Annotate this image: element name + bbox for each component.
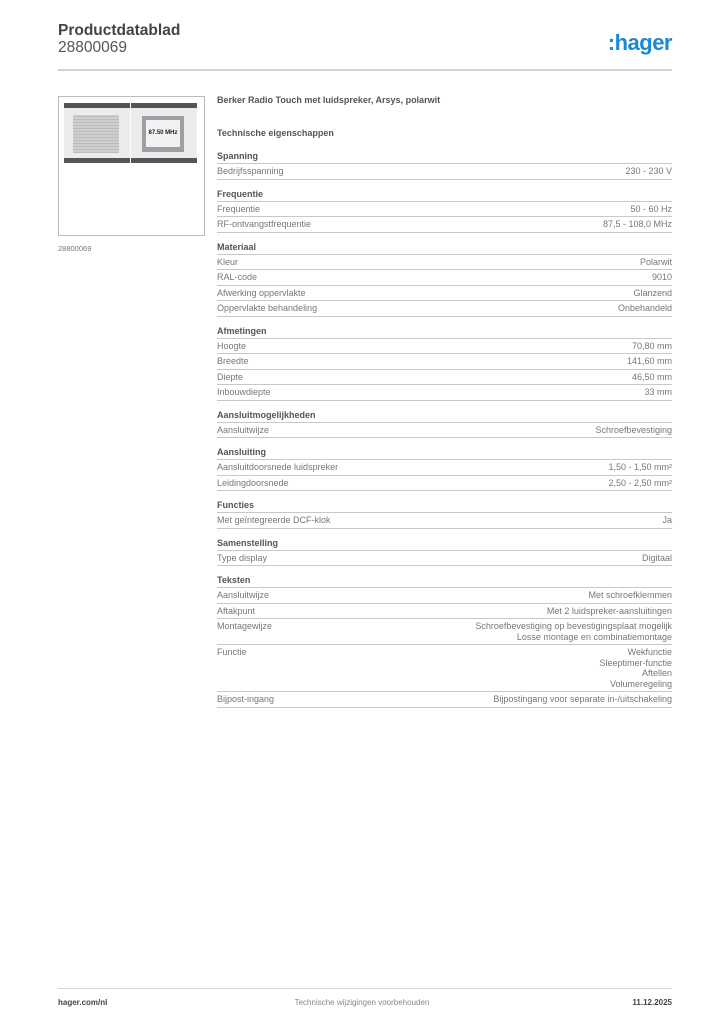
spec-value: Polarwit xyxy=(640,257,672,268)
spec-value: WekfunctieSleeptimer-functieAftellenVolu… xyxy=(599,647,672,689)
section-title: Technische eigenschappen xyxy=(217,128,672,138)
spec-value-line: Ja xyxy=(662,515,672,526)
spec-row: KleurPolarwit xyxy=(217,255,672,271)
spec-row: MontagewijzeSchroefbevestiging op bevest… xyxy=(217,619,672,645)
spec-value: Met schroefklemmen xyxy=(588,590,672,601)
speaker-module xyxy=(64,103,130,163)
display-bezel: 87.50 MHz xyxy=(142,116,184,152)
spec-row: RF-ontvangstfrequentie87,5 - 108,0 MHz xyxy=(217,217,672,233)
spec-row: Afwerking oppervlakteGlanzend xyxy=(217,286,672,302)
spec-row: AftakpuntMet 2 luidspreker-aansluitingen xyxy=(217,604,672,620)
spec-value-line: Schroefbevestiging xyxy=(595,425,672,436)
spec-value-line: Wekfunctie xyxy=(599,647,672,658)
spec-value-line: 33 mm xyxy=(644,387,672,398)
group-title: Aansluitmogelijkheden xyxy=(217,410,672,423)
spec-label: RAL-code xyxy=(217,272,257,283)
hager-logo: :hager xyxy=(608,30,672,56)
spec-row: Frequentie50 - 60 Hz xyxy=(217,202,672,218)
spec-row: Met geïntegreerde DCF-klokJa xyxy=(217,513,672,529)
spec-label: Type display xyxy=(217,553,267,564)
spec-value: 1,50 - 1,50 mm² xyxy=(608,462,672,473)
spec-label: Oppervlakte behandeling xyxy=(217,303,317,314)
spec-value-line: Digitaal xyxy=(642,553,672,564)
spec-groups: SpanningBedrijfsspanning230 - 230 VFrequ… xyxy=(217,151,672,708)
spec-row: Bijpost-ingangBijpostingang voor separat… xyxy=(217,692,672,708)
radio-module: 87.50 MHz xyxy=(131,103,197,163)
header-divider xyxy=(58,69,672,71)
spec-value-line: 1,50 - 1,50 mm² xyxy=(608,462,672,473)
speaker-grille-icon xyxy=(73,115,119,153)
spec-row: Inbouwdiepte33 mm xyxy=(217,385,672,401)
spec-value-line: Losse montage en combinatiemontage xyxy=(475,632,672,643)
spec-label: Leidingdoorsnede xyxy=(217,478,289,489)
spec-group: TekstenAansluitwijzeMet schroefklemmenAf… xyxy=(217,575,672,708)
spec-value-line: 46,50 mm xyxy=(632,372,672,383)
spec-row: Aansluitdoorsnede luidspreker1,50 - 1,50… xyxy=(217,460,672,476)
spec-value-line: 9010 xyxy=(652,272,672,283)
spec-value: 141,60 mm xyxy=(627,356,672,367)
spec-label: Bijpost-ingang xyxy=(217,694,274,705)
spec-value: Schroefbevestiging xyxy=(595,425,672,436)
spec-value-line: Sleeptimer-functie xyxy=(599,658,672,669)
spec-value: 46,50 mm xyxy=(632,372,672,383)
spec-group: AansluitmogelijkhedenAansluitwijzeSchroe… xyxy=(217,410,672,439)
spec-label: Breedte xyxy=(217,356,249,367)
spec-value-line: Met 2 luidspreker-aansluitingen xyxy=(547,606,672,617)
spec-value-line: 230 - 230 V xyxy=(625,166,672,177)
spec-label: Diepte xyxy=(217,372,243,383)
spec-row: Type displayDigitaal xyxy=(217,551,672,567)
footer-divider xyxy=(58,988,672,989)
spec-row: Oppervlakte behandelingOnbehandeld xyxy=(217,301,672,317)
spec-label: Montagewijze xyxy=(217,621,272,642)
spec-label: Afwerking oppervlakte xyxy=(217,288,306,299)
spec-value: Schroefbevestiging op bevestigingsplaat … xyxy=(475,621,672,642)
image-caption: 28800069 xyxy=(58,244,91,253)
document-title: Productdatablad xyxy=(58,22,180,40)
spec-value-line: 2,50 - 2,50 mm² xyxy=(608,478,672,489)
spec-group: AansluitingAansluitdoorsnede luidspreker… xyxy=(217,447,672,491)
spec-value-line: 70,80 mm xyxy=(632,341,672,352)
spec-group: SpanningBedrijfsspanning230 - 230 V xyxy=(217,151,672,180)
spec-label: Met geïntegreerde DCF-klok xyxy=(217,515,331,526)
group-title: Samenstelling xyxy=(217,538,672,551)
spec-label: Bedrijfsspanning xyxy=(217,166,284,177)
spec-value-line: Schroefbevestiging op bevestigingsplaat … xyxy=(475,621,672,632)
spec-row: Breedte141,60 mm xyxy=(217,354,672,370)
spec-group: AfmetingenHoogte70,80 mmBreedte141,60 mm… xyxy=(217,326,672,401)
spec-value: 230 - 230 V xyxy=(625,166,672,177)
spec-group: MateriaalKleurPolarwitRAL-code9010Afwerk… xyxy=(217,242,672,317)
spec-value-line: 87,5 - 108,0 MHz xyxy=(603,219,672,230)
article-number: 28800069 xyxy=(58,39,127,57)
radio-display: 87.50 MHz xyxy=(146,120,180,147)
spec-row: Leidingdoorsnede2,50 - 2,50 mm² xyxy=(217,476,672,492)
spec-value-line: Aftellen xyxy=(599,668,672,679)
spec-label: Hoogte xyxy=(217,341,246,352)
spec-label: RF-ontvangstfrequentie xyxy=(217,219,311,230)
spec-value: Ja xyxy=(662,515,672,526)
spec-value: 33 mm xyxy=(644,387,672,398)
group-title: Frequentie xyxy=(217,189,672,202)
spec-value: 9010 xyxy=(652,272,672,283)
spec-value: Glanzend xyxy=(633,288,672,299)
group-title: Aansluiting xyxy=(217,447,672,460)
spec-value: Onbehandeld xyxy=(618,303,672,314)
spec-row: RAL-code9010 xyxy=(217,270,672,286)
spec-label: Frequentie xyxy=(217,204,260,215)
spec-label: Aansluitdoorsnede luidspreker xyxy=(217,462,338,473)
spec-value: 87,5 - 108,0 MHz xyxy=(603,219,672,230)
spec-label: Kleur xyxy=(217,257,238,268)
spec-value-line: 141,60 mm xyxy=(627,356,672,367)
spec-value-line: 50 - 60 Hz xyxy=(630,204,672,215)
spec-value: 70,80 mm xyxy=(632,341,672,352)
spec-label: Inbouwdiepte xyxy=(217,387,271,398)
product-name: Berker Radio Touch met luidspreker, Arsy… xyxy=(217,95,672,105)
spec-label: Aftakpunt xyxy=(217,606,255,617)
spec-value-line: Glanzend xyxy=(633,288,672,299)
spec-row: FunctieWekfunctieSleeptimer-functieAftel… xyxy=(217,645,672,692)
group-title: Afmetingen xyxy=(217,326,672,339)
spec-label: Aansluitwijze xyxy=(217,590,269,601)
product-image: 87.50 MHz xyxy=(58,96,205,236)
spec-value: 2,50 - 2,50 mm² xyxy=(608,478,672,489)
group-title: Teksten xyxy=(217,575,672,588)
spec-value: 50 - 60 Hz xyxy=(630,204,672,215)
footer-disclaimer: Technische wijzigingen voorbehouden xyxy=(0,998,724,1007)
group-title: Spanning xyxy=(217,151,672,164)
spec-value-line: Onbehandeld xyxy=(618,303,672,314)
group-title: Functies xyxy=(217,500,672,513)
spec-group: FrequentieFrequentie50 - 60 HzRF-ontvang… xyxy=(217,189,672,233)
group-title: Materiaal xyxy=(217,242,672,255)
spec-value-line: Polarwit xyxy=(640,257,672,268)
spec-label: Functie xyxy=(217,647,247,689)
spec-row: Bedrijfsspanning230 - 230 V xyxy=(217,164,672,180)
specifications: Berker Radio Touch met luidspreker, Arsy… xyxy=(217,95,672,717)
spec-row: Hoogte70,80 mm xyxy=(217,339,672,355)
footer-date: 11.12.2025 xyxy=(632,998,672,1007)
spec-row: Diepte46,50 mm xyxy=(217,370,672,386)
spec-value-line: Bijpostingang voor separate in-/uitschak… xyxy=(493,694,672,705)
spec-value-line: Met schroefklemmen xyxy=(588,590,672,601)
spec-value: Bijpostingang voor separate in-/uitschak… xyxy=(493,694,672,705)
spec-value: Met 2 luidspreker-aansluitingen xyxy=(547,606,672,617)
spec-row: AansluitwijzeSchroefbevestiging xyxy=(217,423,672,439)
spec-row: AansluitwijzeMet schroefklemmen xyxy=(217,588,672,604)
spec-group: FunctiesMet geïntegreerde DCF-klokJa xyxy=(217,500,672,529)
spec-value-line: Volumeregeling xyxy=(599,679,672,690)
spec-value: Digitaal xyxy=(642,553,672,564)
spec-group: SamenstellingType displayDigitaal xyxy=(217,538,672,567)
spec-label: Aansluitwijze xyxy=(217,425,269,436)
